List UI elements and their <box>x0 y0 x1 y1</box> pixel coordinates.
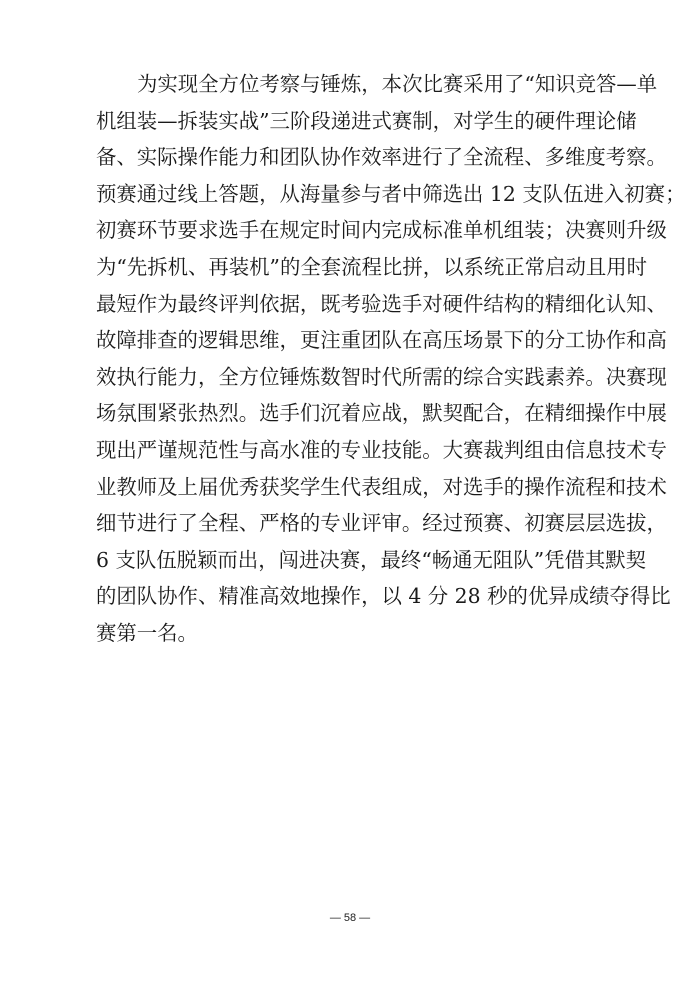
paragraph-line: 故障排查的逻辑思维，更注重团队在高压场景下的分工协作和高 <box>96 322 614 359</box>
page-number: — 58 — <box>0 912 700 924</box>
paragraph-line: 备、实际操作能力和团队协作效率进行了全流程、多维度考察。 <box>96 139 614 176</box>
paragraph-line: 预赛通过线上答题，从海量参与者中筛选出 12 支队伍进入初赛； <box>96 176 614 213</box>
paragraph-line: 的团队协作、精准高效地操作，以 4 分 28 秒的优异成绩夺得比 <box>96 578 614 615</box>
paragraph-line: 初赛环节要求选手在规定时间内完成标准单机组装；决赛则升级 <box>96 212 614 249</box>
paragraph-line: 细节进行了全程、严格的专业评审。经过预赛、初赛层层选拔， <box>96 505 614 542</box>
document-page: 为实现全方位考察与锤炼，本次比赛采用了“知识竞答—单 机组装—拆装实战”三阶段递… <box>0 0 700 989</box>
paragraph-line: 业教师及上届优秀获奖学生代表组成，对选手的操作流程和技术 <box>96 469 614 506</box>
paragraph-line: 最短作为最终评判依据，既考验选手对硬件结构的精细化认知、 <box>96 286 614 323</box>
paragraph-line: 效执行能力，全方位锤炼数智时代所需的综合实践素养。决赛现 <box>96 359 614 396</box>
paragraph-line: 6 支队伍脱颖而出，闯进决赛，最终“畅通无阻队”凭借其默契 <box>96 542 614 579</box>
body-paragraph: 为实现全方位考察与锤炼，本次比赛采用了“知识竞答—单 机组装—拆装实战”三阶段递… <box>96 66 614 652</box>
paragraph-line: 为“先拆机、再装机”的全套流程比拼，以系统正常启动且用时 <box>96 249 614 286</box>
paragraph-line: 现出严谨规范性与高水准的专业技能。大赛裁判组由信息技术专 <box>96 432 614 469</box>
paragraph-line: 场氛围紧张热烈。选手们沉着应战，默契配合，在精细操作中展 <box>96 395 614 432</box>
paragraph-line: 为实现全方位考察与锤炼，本次比赛采用了“知识竞答—单 <box>96 66 614 103</box>
paragraph-line: 赛第一名。 <box>96 615 614 652</box>
paragraph-line: 机组装—拆装实战”三阶段递进式赛制，对学生的硬件理论储 <box>96 103 614 140</box>
